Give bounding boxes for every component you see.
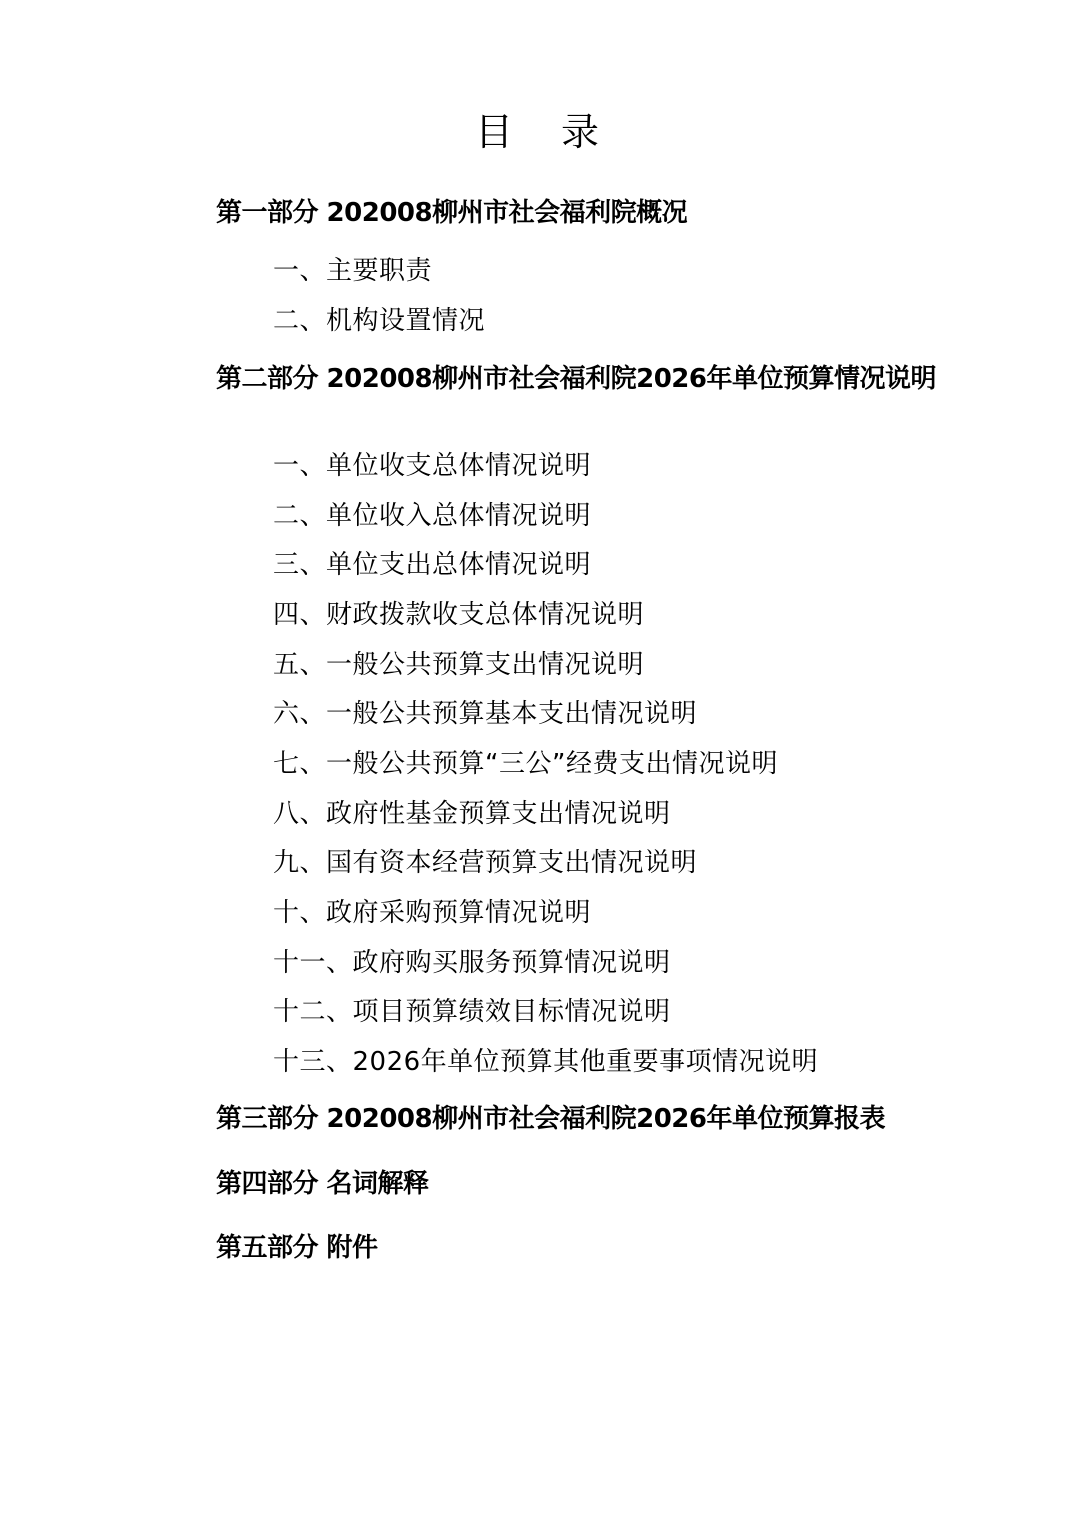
toc-item-2-11[interactable]: 十一、政府购买服务预算情况说明 — [273, 948, 671, 978]
toc-part-2[interactable]: 第二部分 202008柳州市社会福利院2026年单位预算情况说明 — [158, 364, 938, 394]
toc-item-2-5[interactable]: 五、一般公共预算支出情况说明 — [273, 650, 644, 680]
toc-item-2-6[interactable]: 六、一般公共预算基本支出情况说明 — [273, 699, 697, 729]
toc-item-2-8[interactable]: 八、政府性基金预算支出情况说明 — [273, 799, 671, 829]
toc-part-5[interactable]: 第五部分 附件 — [158, 1233, 938, 1263]
toc-item-2-12[interactable]: 十二、项目预算绩效目标情况说明 — [273, 997, 671, 1027]
toc-item-1-2[interactable]: 二、机构设置情况 — [273, 306, 485, 336]
toc-item-1-1[interactable]: 一、主要职责 — [273, 256, 432, 286]
toc-item-2-10[interactable]: 十、政府采购预算情况说明 — [273, 898, 591, 928]
toc-item-2-2[interactable]: 二、单位收入总体情况说明 — [273, 501, 591, 531]
toc-item-2-4[interactable]: 四、财政拨款收支总体情况说明 — [273, 600, 644, 630]
toc-item-2-9[interactable]: 九、国有资本经营预算支出情况说明 — [273, 848, 697, 878]
toc-item-2-7[interactable]: 七、一般公共预算“三公”经费支出情况说明 — [273, 749, 778, 779]
toc-part-1[interactable]: 第一部分 202008柳州市社会福利院概况 — [158, 198, 938, 228]
toc-item-2-1[interactable]: 一、单位收支总体情况说明 — [273, 451, 591, 481]
toc-item-2-13[interactable]: 十三、2026年单位预算其他重要事项情况说明 — [273, 1047, 818, 1077]
toc-part-4[interactable]: 第四部分 名词解释 — [158, 1169, 938, 1199]
toc-item-2-3[interactable]: 三、单位支出总体情况说明 — [273, 550, 591, 580]
toc-part-3[interactable]: 第三部分 202008柳州市社会福利院2026年单位预算报表 — [158, 1104, 938, 1134]
toc-title: 目 录 — [0, 106, 1074, 158]
